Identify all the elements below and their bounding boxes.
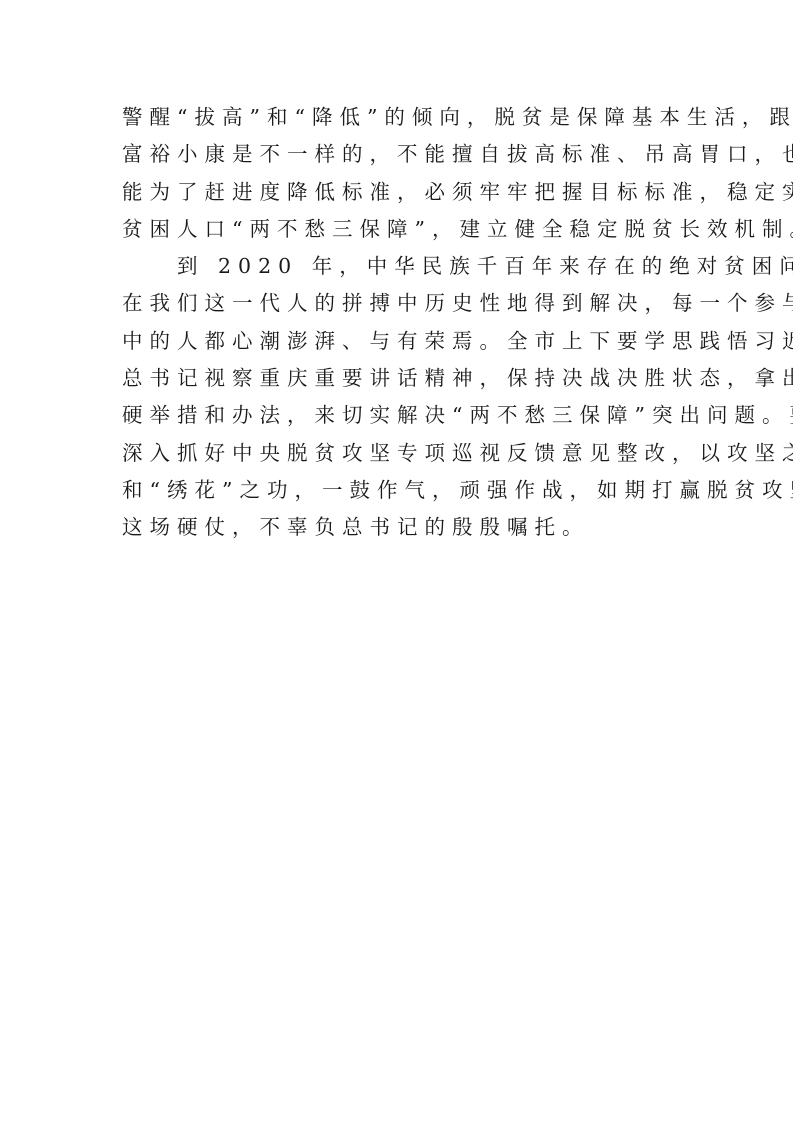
text-line: 富裕小康是不一样的，不能擅自拔高标准、吊高胃口，也不 <box>122 136 678 173</box>
text-line: 这场硬仗，不辜负总书记的殷殷嘱托。 <box>122 509 678 546</box>
text-line: 总书记视察重庆重要讲话精神，保持决战决胜状态，拿出过 <box>122 360 678 397</box>
paragraph-2: 到 2020 年，中华民族千百年来存在的绝对贫困问题，将 在我们这一代人的拼搏中… <box>122 248 678 546</box>
text-line: 在我们这一代人的拼搏中历史性地得到解决，每一个参与其 <box>122 285 678 322</box>
text-line: 硬举措和办法，来切实解决“两不愁三保障”突出问题。要 <box>122 397 678 434</box>
text-line: 和“绣花”之功，一鼓作气，顽强作战，如期打赢脱贫攻坚 <box>122 472 678 509</box>
document-page: 警醒“拔高”和“降低”的倾向，脱贫是保障基本生活，跟 富裕小康是不一样的，不能擅… <box>122 99 678 547</box>
text-line: 中的人都心潮澎湃、与有荣焉。全市上下要学思践悟习近平 <box>122 323 678 360</box>
text-line: 能为了赶进度降低标准，必须牢牢把握目标标准，稳定实现 <box>122 174 678 211</box>
text-line: 到 2020 年，中华民族千百年来存在的绝对贫困问题，将 <box>122 248 678 285</box>
paragraph-1: 警醒“拔高”和“降低”的倾向，脱贫是保障基本生活，跟 富裕小康是不一样的，不能擅… <box>122 99 678 248</box>
text-line: 贫困人口“两不愁三保障”，建立健全稳定脱贫长效机制。 <box>122 211 678 248</box>
text-line: 深入抓好中央脱贫攻坚专项巡视反馈意见整改，以攻坚之勇 <box>122 435 678 472</box>
text-line: 警醒“拔高”和“降低”的倾向，脱贫是保障基本生活，跟 <box>122 99 678 136</box>
